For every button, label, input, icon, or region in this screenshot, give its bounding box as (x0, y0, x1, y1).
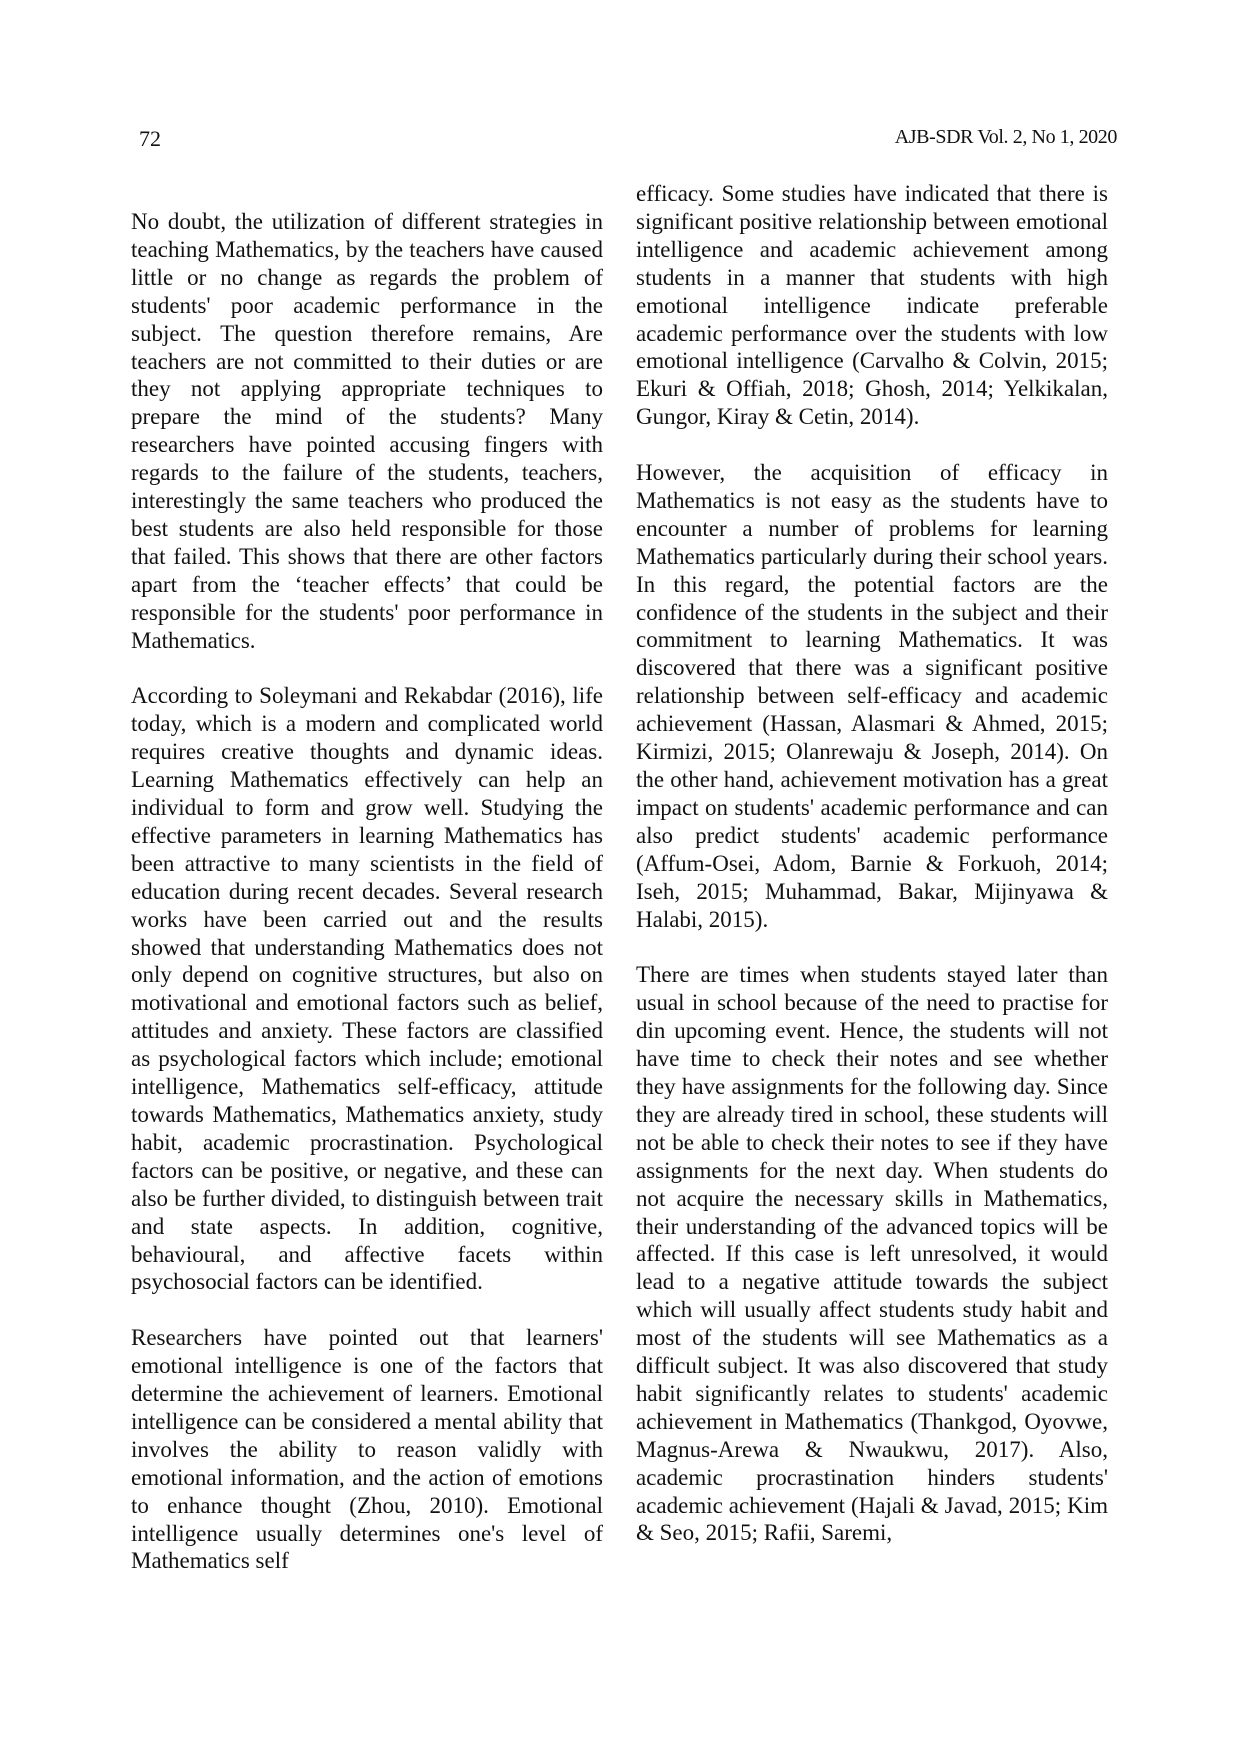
right-column: efficacy. Some studies have indicated th… (636, 180, 1108, 1547)
paragraph: No doubt, the utilization of different s… (131, 208, 603, 655)
document-page: 72 AJB-SDR Vol. 2, No 1, 2020 No doubt, … (0, 0, 1241, 1754)
running-header: 72 AJB-SDR Vol. 2, No 1, 2020 (139, 126, 1117, 156)
paragraph: According to Soleymani and Rekabdar (201… (131, 682, 603, 1296)
paragraph: There are times when students stayed lat… (636, 961, 1108, 1547)
paragraph: Researchers have pointed out that learne… (131, 1324, 603, 1575)
paragraph: efficacy. Some studies have indicated th… (636, 180, 1108, 431)
paragraph: However, the acquisition of efficacy in … (636, 459, 1108, 933)
left-column: No doubt, the utilization of different s… (131, 208, 603, 1575)
page-number: 72 (139, 126, 161, 152)
journal-reference: AJB-SDR Vol. 2, No 1, 2020 (895, 126, 1117, 149)
